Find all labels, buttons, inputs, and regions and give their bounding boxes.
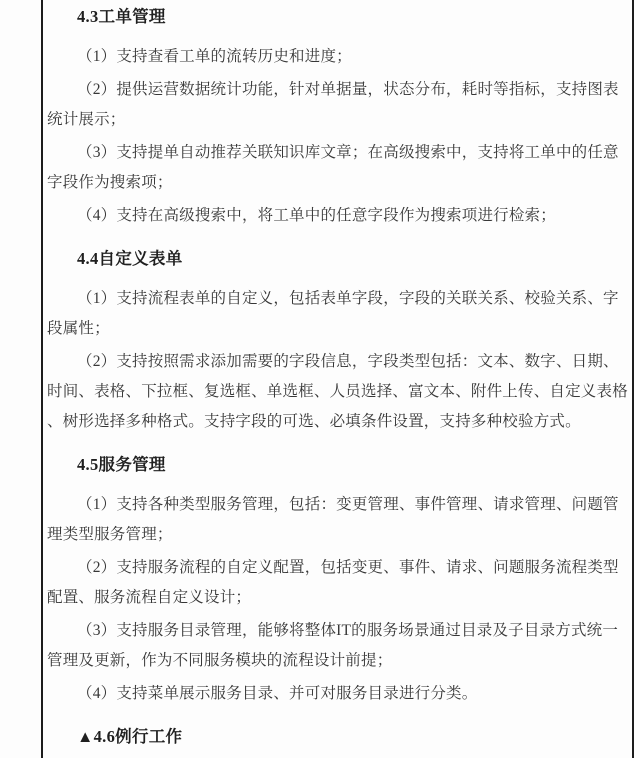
body-line: （3）支持服务目录管理，能够将整体IT的服务场景通过目录及子目录方式统一 bbox=[47, 616, 633, 646]
document-page: 4.3工单管理（1）支持查看工单的流转历史和进度；（2）提供运营数据统计功能，针… bbox=[0, 0, 640, 758]
body-line: 字段作为搜索项； bbox=[47, 168, 633, 198]
paragraph: （4）支持在高级搜索中，将工单中的任意字段作为搜索项进行检索； bbox=[47, 201, 633, 231]
body-line: （2）支持服务流程的自定义配置，包括变更、事件、请求、问题服务流程类型 bbox=[47, 553, 633, 583]
paragraph: （3）支持服务目录管理，能够将整体IT的服务场景通过目录及子目录方式统一管理及更… bbox=[47, 616, 633, 676]
paragraph: （3）支持提单自动推荐关联知识库文章；在高级搜索中，支持将工单中的任意字段作为搜… bbox=[47, 138, 633, 198]
document-content: 4.3工单管理（1）支持查看工单的流转历史和进度；（2）提供运营数据统计功能，针… bbox=[47, 2, 633, 758]
paragraph: （2）提供运营数据统计功能，针对单据量，状态分布，耗时等指标，支持图表统计展示； bbox=[47, 75, 633, 135]
section-heading: ▲4.6例行工作 bbox=[47, 722, 633, 752]
body-line: 统计展示； bbox=[47, 105, 633, 135]
section-heading: 4.3工单管理 bbox=[47, 2, 633, 32]
body-line: 时间、表格、下拉框、复选框、单选框、人员选择、富文本、附件上传、自定义表格 bbox=[47, 377, 633, 407]
body-line: （2）支持按照需求添加需要的字段信息，字段类型包括：文本、数字、日期、 bbox=[47, 347, 633, 377]
left-border-line bbox=[41, 0, 43, 758]
body-line: （2）提供运营数据统计功能，针对单据量，状态分布，耗时等指标，支持图表 bbox=[47, 75, 633, 105]
body-line: 配置、服务流程自定义设计； bbox=[47, 583, 633, 613]
body-line: （4）支持在高级搜索中，将工单中的任意字段作为搜索项进行检索； bbox=[47, 201, 633, 231]
section-heading: 4.5服务管理 bbox=[47, 450, 633, 480]
body-line: （1）支持流程表单的自定义，包括表单字段，字段的关联关系、校验关系、字 bbox=[47, 284, 633, 314]
paragraph: （1）支持查看工单的流转历史和进度； bbox=[47, 42, 633, 72]
body-line: 理类型服务管理； bbox=[47, 520, 633, 550]
body-line: （1）支持查看工单的流转历史和进度； bbox=[47, 42, 633, 72]
body-line: （1）支持各种类型服务管理，包括：变更管理、事件管理、请求管理、问题管 bbox=[47, 490, 633, 520]
body-line: （3）支持提单自动推荐关联知识库文章；在高级搜索中，支持将工单中的任意 bbox=[47, 138, 633, 168]
paragraph: （1）支持各种类型服务管理，包括：变更管理、事件管理、请求管理、问题管理类型服务… bbox=[47, 490, 633, 550]
paragraph: （4）支持菜单展示服务目录、并可对服务目录进行分类。 bbox=[47, 679, 633, 709]
paragraph: （1）支持流程表单的自定义，包括表单字段，字段的关联关系、校验关系、字段属性； bbox=[47, 284, 633, 344]
section-heading: 4.4自定义表单 bbox=[47, 244, 633, 274]
paragraph: （2）支持按照需求添加需要的字段信息，字段类型包括：文本、数字、日期、时间、表格… bbox=[47, 347, 633, 437]
body-line: 管理及更新，作为不同服务模块的流程设计前提； bbox=[47, 646, 633, 676]
body-line: （4）支持菜单展示服务目录、并可对服务目录进行分类。 bbox=[47, 679, 633, 709]
paragraph: （2）支持服务流程的自定义配置，包括变更、事件、请求、问题服务流程类型配置、服务… bbox=[47, 553, 633, 613]
body-line: 、树形选择多种格式。支持字段的可选、必填条件设置，支持多种校验方式。 bbox=[47, 407, 633, 437]
body-line: 段属性； bbox=[47, 314, 633, 344]
